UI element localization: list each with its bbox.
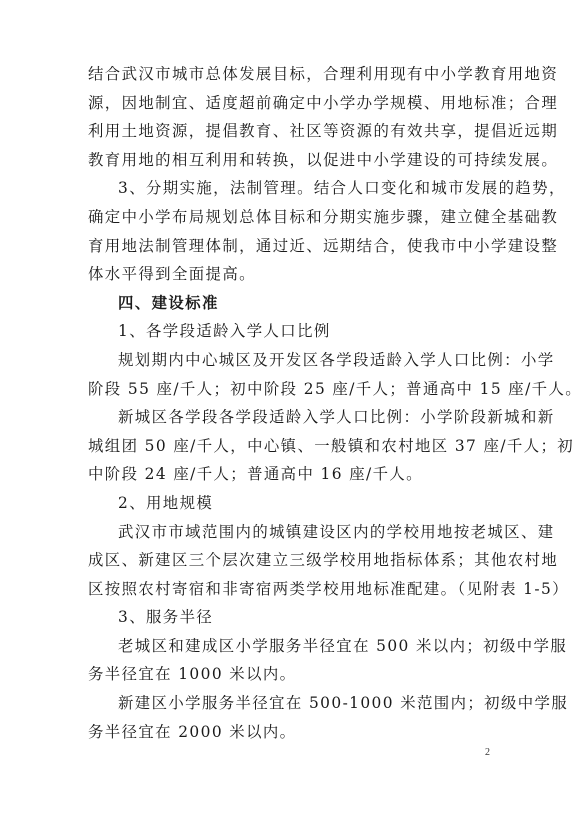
body-text-line: 规划期内中心城区及开发区各学段适龄入学人口比例：小学 [88,346,492,375]
body-text-line: 教育用地的相互利用和转换，以促进中小学建设的可持续发展。 [88,146,492,175]
body-text-line: 新建区小学服务半径宜在 500-1000 米范围内；初级中学服 [88,689,492,718]
body-text-line: 利用土地资源，提倡教育、社区等资源的有效共享，提倡近远期 [88,117,492,146]
subsection-heading: 2、用地规模 [88,489,492,518]
body-text-line: 育用地法制管理体制，通过近、远期结合，使我市中小学建设整 [88,232,492,261]
body-text-line: 老城区和建成区小学服务半径宜在 500 米以内；初级中学服 [88,632,492,661]
body-text-line: 务半径宜在 1000 米以内。 [88,660,492,689]
page-number: 2 [485,747,490,758]
body-text-line: 区按照农村寄宿和非寄宿两类学校用地标准配建。（见附表 1-5） [88,575,492,604]
subsection-heading: 1、各学段适龄入学人口比例 [88,317,492,346]
section-heading: 四、建设标准 [88,289,492,318]
body-text-line: 中阶段 24 座/千人；普通高中 16 座/千人。 [88,460,492,489]
body-text-line: 新城区各学段各学段适龄入学人口比例：小学阶段新城和新 [88,403,492,432]
body-text-line: 结合武汉市城市总体发展目标，合理利用现有中小学教育用地资 [88,60,492,89]
body-text-line: 体水平得到全面提高。 [88,260,492,289]
body-text-line: 阶段 55 座/千人；初中阶段 25 座/千人；普通高中 15 座/千人。 [88,375,492,404]
subsection-heading: 3、服务半径 [88,603,492,632]
body-text-line: 源，因地制宜、适度超前确定中小学办学规模、用地标准；合理 [88,89,492,118]
body-text-line: 务半径宜在 2000 米以内。 [88,718,492,747]
body-text-line: 确定中小学布局规划总体目标和分期实施步骤，建立健全基础教 [88,203,492,232]
document-page: 结合武汉市城市总体发展目标，合理利用现有中小学教育用地资 源，因地制宜、适度超前… [88,60,492,746]
body-text-line: 成区、新建区三个层次建立三级学校用地指标体系；其他农村地 [88,546,492,575]
body-text-line: 武汉市市域范围内的城镇建设区内的学校用地按老城区、建 [88,518,492,547]
body-text-line: 城组团 50 座/千人，中心镇、一般镇和农村地区 37 座/千人；初 [88,432,492,461]
body-text-line: 3、分期实施，法制管理。结合人口变化和城市发展的趋势， [88,174,492,203]
